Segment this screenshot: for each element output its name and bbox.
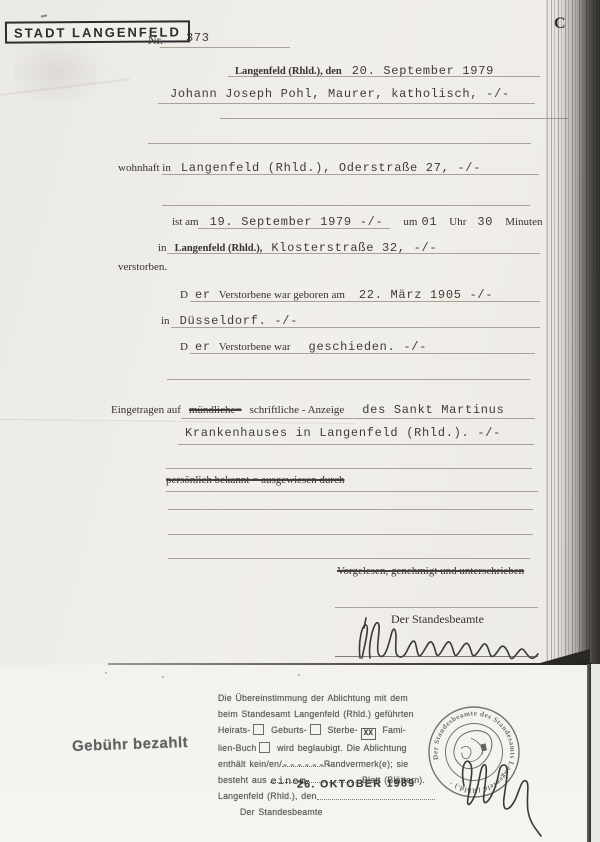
registrar-signature <box>348 612 548 668</box>
form-rule <box>181 418 535 419</box>
signature-rule <box>335 656 538 657</box>
certification-line8: Der Standesbeamte <box>240 804 443 820</box>
registered-kind: schriftliche - Anzeige <box>250 404 345 416</box>
registration-row: Eingetragen auf mündliche= schriftliche … <box>111 400 505 418</box>
death-hour-value: 01 <box>421 215 437 229</box>
form-rule <box>168 558 530 559</box>
geburts-label: Geburts- <box>271 725 307 735</box>
pencil-smudge <box>14 36 109 108</box>
at-label: um <box>403 216 417 228</box>
line7-pre: Langenfeld (Rhld.), den <box>218 791 317 801</box>
marital-label: Verstorbene war <box>219 341 291 353</box>
scan-fold-wedge <box>540 649 590 663</box>
geburts-checkbox <box>310 724 321 735</box>
form-rule <box>190 301 540 302</box>
form-rule <box>228 76 540 77</box>
certification-block: Die Übereinstimmung der Ablichtung mit d… <box>218 690 443 820</box>
death-place-prefix: in <box>158 242 167 254</box>
form-rule <box>178 444 534 445</box>
form-rule <box>167 379 530 380</box>
registered-by-line1: des Sankt Martinus <box>362 403 504 417</box>
lienbuch-label: lien-Buch <box>218 743 256 753</box>
residence-value: Langenfeld (Rhld.), Oderstraße 27, -/- <box>181 161 481 175</box>
registered-label: Eingetragen auf <box>111 404 181 416</box>
line6-pre: besteht aus <box>218 775 267 785</box>
lower-registrar-signature <box>438 754 593 842</box>
born-label: Verstorbene war geboren am <box>219 289 345 301</box>
deceased-name-line: Johann Joseph Pohl, Maurer, katholisch, … <box>170 87 510 101</box>
identified-struck-line: persönlich bekannt = ausgewiesen durch <box>166 474 344 486</box>
registered-struck-word: mündliche= <box>189 404 242 416</box>
form-rule <box>166 468 532 469</box>
lienbuch-checkbox <box>259 742 270 753</box>
fami-label: Fami- <box>382 725 405 735</box>
scan-edge-faint-line <box>546 0 548 664</box>
dust-speck <box>105 672 107 674</box>
form-rule <box>160 47 290 48</box>
marital-status-value: geschieden. -/- <box>309 340 428 354</box>
form-rule <box>162 205 530 206</box>
nr-value: 373 <box>186 31 210 45</box>
date-stamp: 26. OKTOBER 1989 <box>297 777 416 790</box>
form-rule <box>158 103 535 104</box>
minute-label: Minuten <box>505 216 542 228</box>
sterbe-label: Sterbe- <box>328 725 358 735</box>
heirats-checkbox <box>253 724 264 735</box>
death-certificate-scan: STADT LANGENFELD Nr. 373 C Langenfeld (R… <box>0 0 600 842</box>
certification-line7: Langenfeld (Rhld.), den <box>218 788 443 804</box>
corner-letter: C <box>554 15 566 33</box>
hour-label: Uhr <box>449 216 466 228</box>
form-rule <box>198 228 390 229</box>
heirats-label: Heirats- <box>218 725 250 735</box>
dust-speck <box>298 674 300 676</box>
deceased-word: verstorben. <box>118 261 167 273</box>
form-rule <box>190 353 535 354</box>
birth-date-value: 22. März 1905 -/- <box>359 288 493 302</box>
form-rule <box>148 143 531 144</box>
nr-label: Nr. <box>148 33 163 48</box>
scan-fold-line <box>108 663 592 665</box>
form-rule <box>168 509 533 510</box>
died-on-label: ist am <box>172 216 199 228</box>
form-rule <box>220 118 568 119</box>
certification-line4: lien-Buch wird beglaubigt. Die Ablichtun… <box>218 740 443 756</box>
residence-label: wohnhaft in <box>118 162 171 174</box>
form-rule <box>167 253 540 254</box>
birth-place-prefix: in <box>161 315 170 327</box>
marital-d: D <box>180 341 188 353</box>
death-minute-value: 30 <box>477 215 493 229</box>
registered-by-line2: Krankenhauses in Langenfeld (Rhld.). -/- <box>185 426 501 440</box>
pencil-tick <box>41 14 47 17</box>
sterbe-checkbox-marked: XX <box>361 728 376 740</box>
form-rule <box>171 327 540 328</box>
born-d: D <box>180 289 188 301</box>
dust-speck <box>162 676 164 678</box>
form-rule <box>168 534 533 535</box>
form-rule <box>162 174 539 175</box>
born-er: er <box>195 288 211 302</box>
scan-edge-shadow <box>545 0 600 664</box>
certification-line5: enthält kein/en/-------Randvermerk(e); s… <box>218 756 443 772</box>
line4-rest: wird beglaubigt. Die Ablichtung <box>277 743 407 753</box>
form-rule <box>335 607 538 608</box>
line5-pre: enthält kein/en/ <box>218 759 282 769</box>
marital-er: er <box>195 340 211 354</box>
line5-post: Randvermerk(e); sie <box>324 759 408 769</box>
birth-place-value: Düsseldorf. -/- <box>180 314 299 328</box>
certification-line1: Die Übereinstimmung der Ablichtung mit d… <box>218 690 443 706</box>
seal-crest-mark <box>481 743 487 751</box>
form-rule <box>166 491 538 492</box>
approved-struck-line: Vorgelesen, genehmigt und unterschrieben <box>337 565 524 577</box>
death-date-value: 19. September 1979 -/- <box>210 215 384 229</box>
certification-line3: Heirats- Geburts- Sterbe-XX Fami- <box>218 722 443 740</box>
certification-line2: beim Standesamt Langenfeld (Rhld.) gefüh… <box>218 706 443 722</box>
